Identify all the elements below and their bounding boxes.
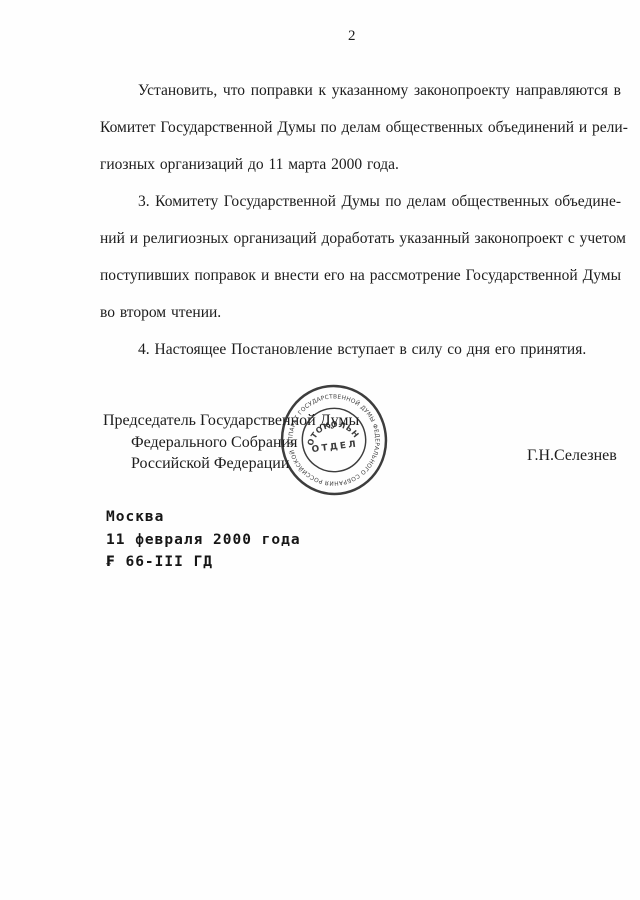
official-stamp: АППАРАТ ГОСУДАРСТВЕННОЙ ДУМЫ ФЕДЕРАЛЬНОГ… bbox=[274, 378, 395, 502]
page-number: 2 bbox=[348, 28, 356, 45]
signatory-name: Г.Н.Селезнев bbox=[527, 447, 617, 465]
paragraph-line: 3. Комитету Государственной Думы по дела… bbox=[100, 183, 621, 220]
paragraph-line: гиозных организаций до 11 марта 2000 год… bbox=[100, 146, 621, 183]
footer-block: Москва 11 февраля 2000 года ₣ 66-III ГД bbox=[106, 506, 301, 574]
footer-date: 11 февраля 2000 года bbox=[106, 529, 301, 552]
paragraph-line: Установить, что поправки к указанному за… bbox=[100, 72, 621, 109]
footer-doc-number: ₣ 66-III ГД bbox=[106, 551, 301, 574]
document-page: 2 Установить, что поправки к указанному … bbox=[0, 0, 640, 900]
paragraph-line: во втором чтении. bbox=[100, 294, 621, 331]
document-body: Установить, что поправки к указанному за… bbox=[100, 72, 621, 368]
paragraph-line: 4. Настоящее Постановление вступает в си… bbox=[100, 331, 621, 368]
paragraph-line: Комитет Государственной Думы по делам об… bbox=[100, 109, 621, 146]
stamp-ring-text: АППАРАТ ГОСУДАРСТВЕННОЙ ДУМЫ ФЕДЕРАЛЬНОГ… bbox=[274, 378, 385, 492]
paragraph-line: ний и религиозных организаций доработать… bbox=[100, 220, 621, 257]
paragraph-line: поступивших поправок и внести его на рас… bbox=[100, 257, 621, 294]
stamp-seal-icon: АППАРАТ ГОСУДАРСТВЕННОЙ ДУМЫ ФЕДЕРАЛЬНОГ… bbox=[274, 378, 395, 502]
svg-text:АППАРАТ ГОСУДАРСТВЕННОЙ ДУМЫ Ф: АППАРАТ ГОСУДАРСТВЕННОЙ ДУМЫ ФЕДЕРАЛЬНОГ… bbox=[274, 378, 385, 492]
footer-city: Москва bbox=[106, 506, 301, 529]
stamp-center-text: ОТДЕЛ bbox=[311, 439, 358, 455]
